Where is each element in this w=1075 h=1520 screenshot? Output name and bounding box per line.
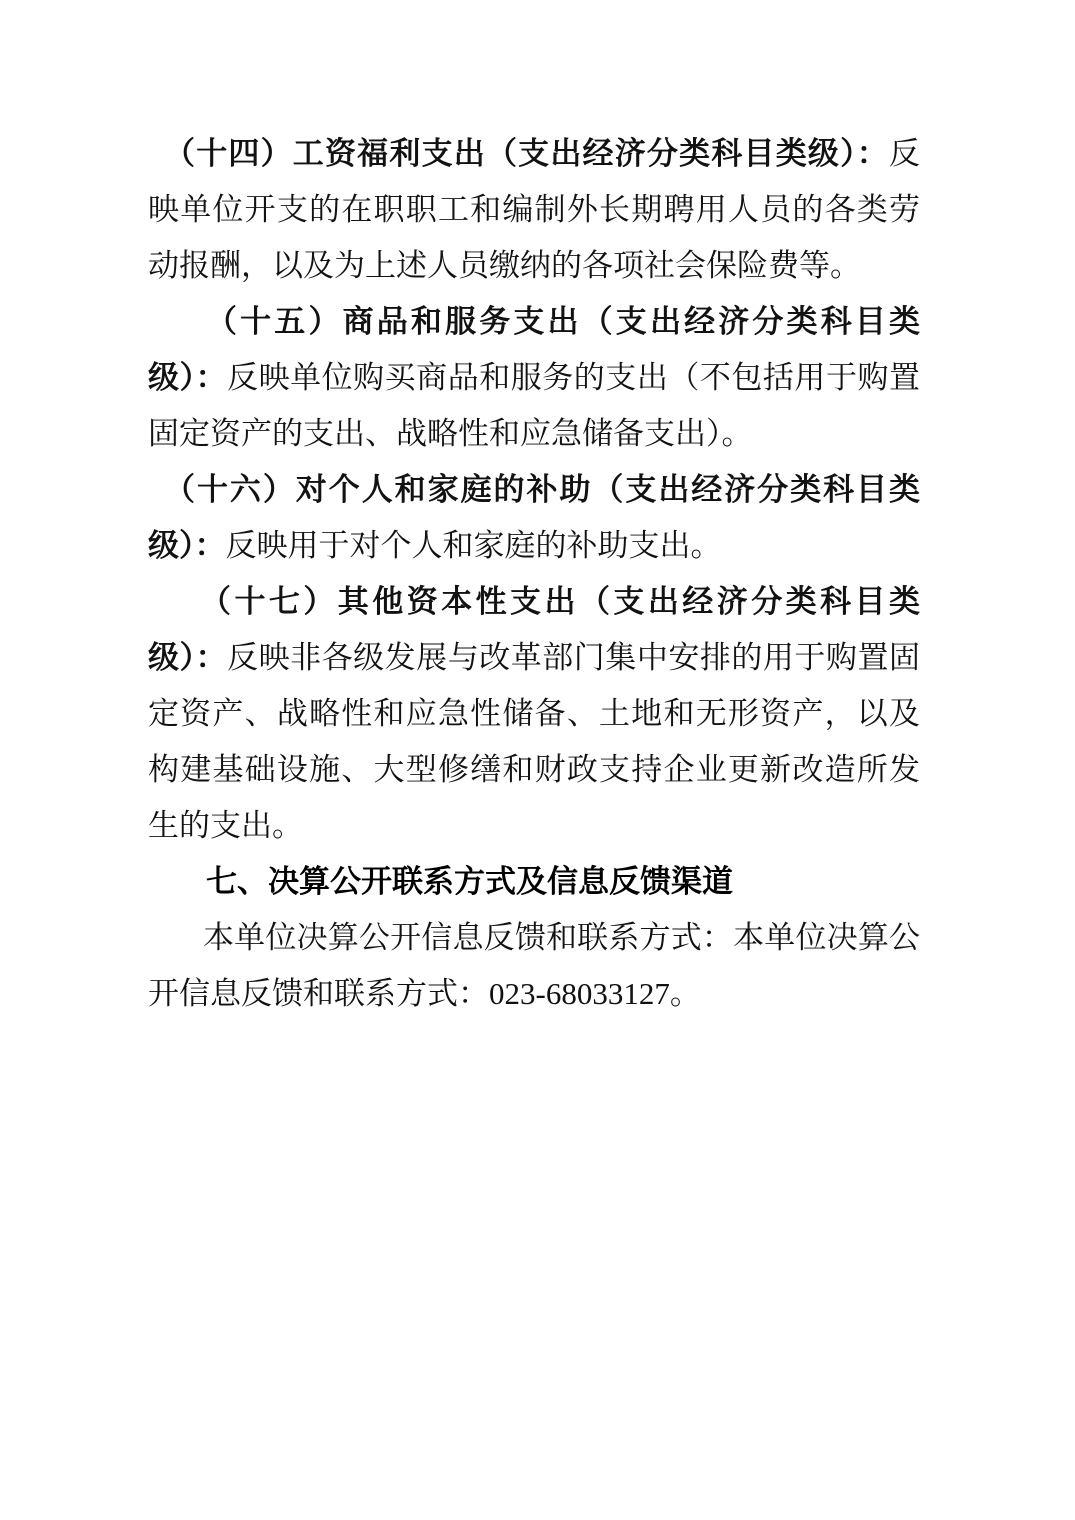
paragraph-item-17: （十七）其他资本性支出（支出经济分类科目类级）：反映非各级发展与改革部门集中安排…	[148, 574, 920, 854]
contact-paragraph: 本单位决算公开信息反馈和联系方式：本单位决算公开信息反馈和联系方式：023-68…	[148, 910, 920, 1022]
document-content: （十四）工资福利支出（支出经济分类科目类级）：反映单位开支的在职职工和编制外长期…	[148, 126, 920, 1022]
paragraph-item-15: （十五）商品和服务支出（支出经济分类科目类级）：反映单位购买商品和服务的支出（不…	[148, 294, 920, 462]
paragraph-item-17-body: 反映非各级发展与改革部门集中安排的用于购置固定资产、战略性和应急性储备、土地和无…	[148, 640, 920, 843]
paragraph-item-14: （十四）工资福利支出（支出经济分类科目类级）：反映单位开支的在职职工和编制外长期…	[148, 126, 920, 294]
document-page: （十四）工资福利支出（支出经济分类科目类级）：反映单位开支的在职职工和编制外长期…	[0, 0, 1075, 1520]
paragraph-item-15-body: 反映单位购买商品和服务的支出（不包括用于购置固定资产的支出、战略性和应急储备支出…	[148, 360, 920, 451]
paragraph-item-16-body: 反映用于对个人和家庭的补助支出。	[226, 528, 722, 563]
section-heading: 七、决算公开联系方式及信息反馈渠道	[148, 854, 920, 910]
paragraph-item-16: （十六）对个人和家庭的补助（支出经济分类科目类级）：反映用于对个人和家庭的补助支…	[148, 462, 920, 574]
paragraph-item-14-lead: （十四）工资福利支出（支出经济分类科目类级）：	[164, 136, 889, 171]
